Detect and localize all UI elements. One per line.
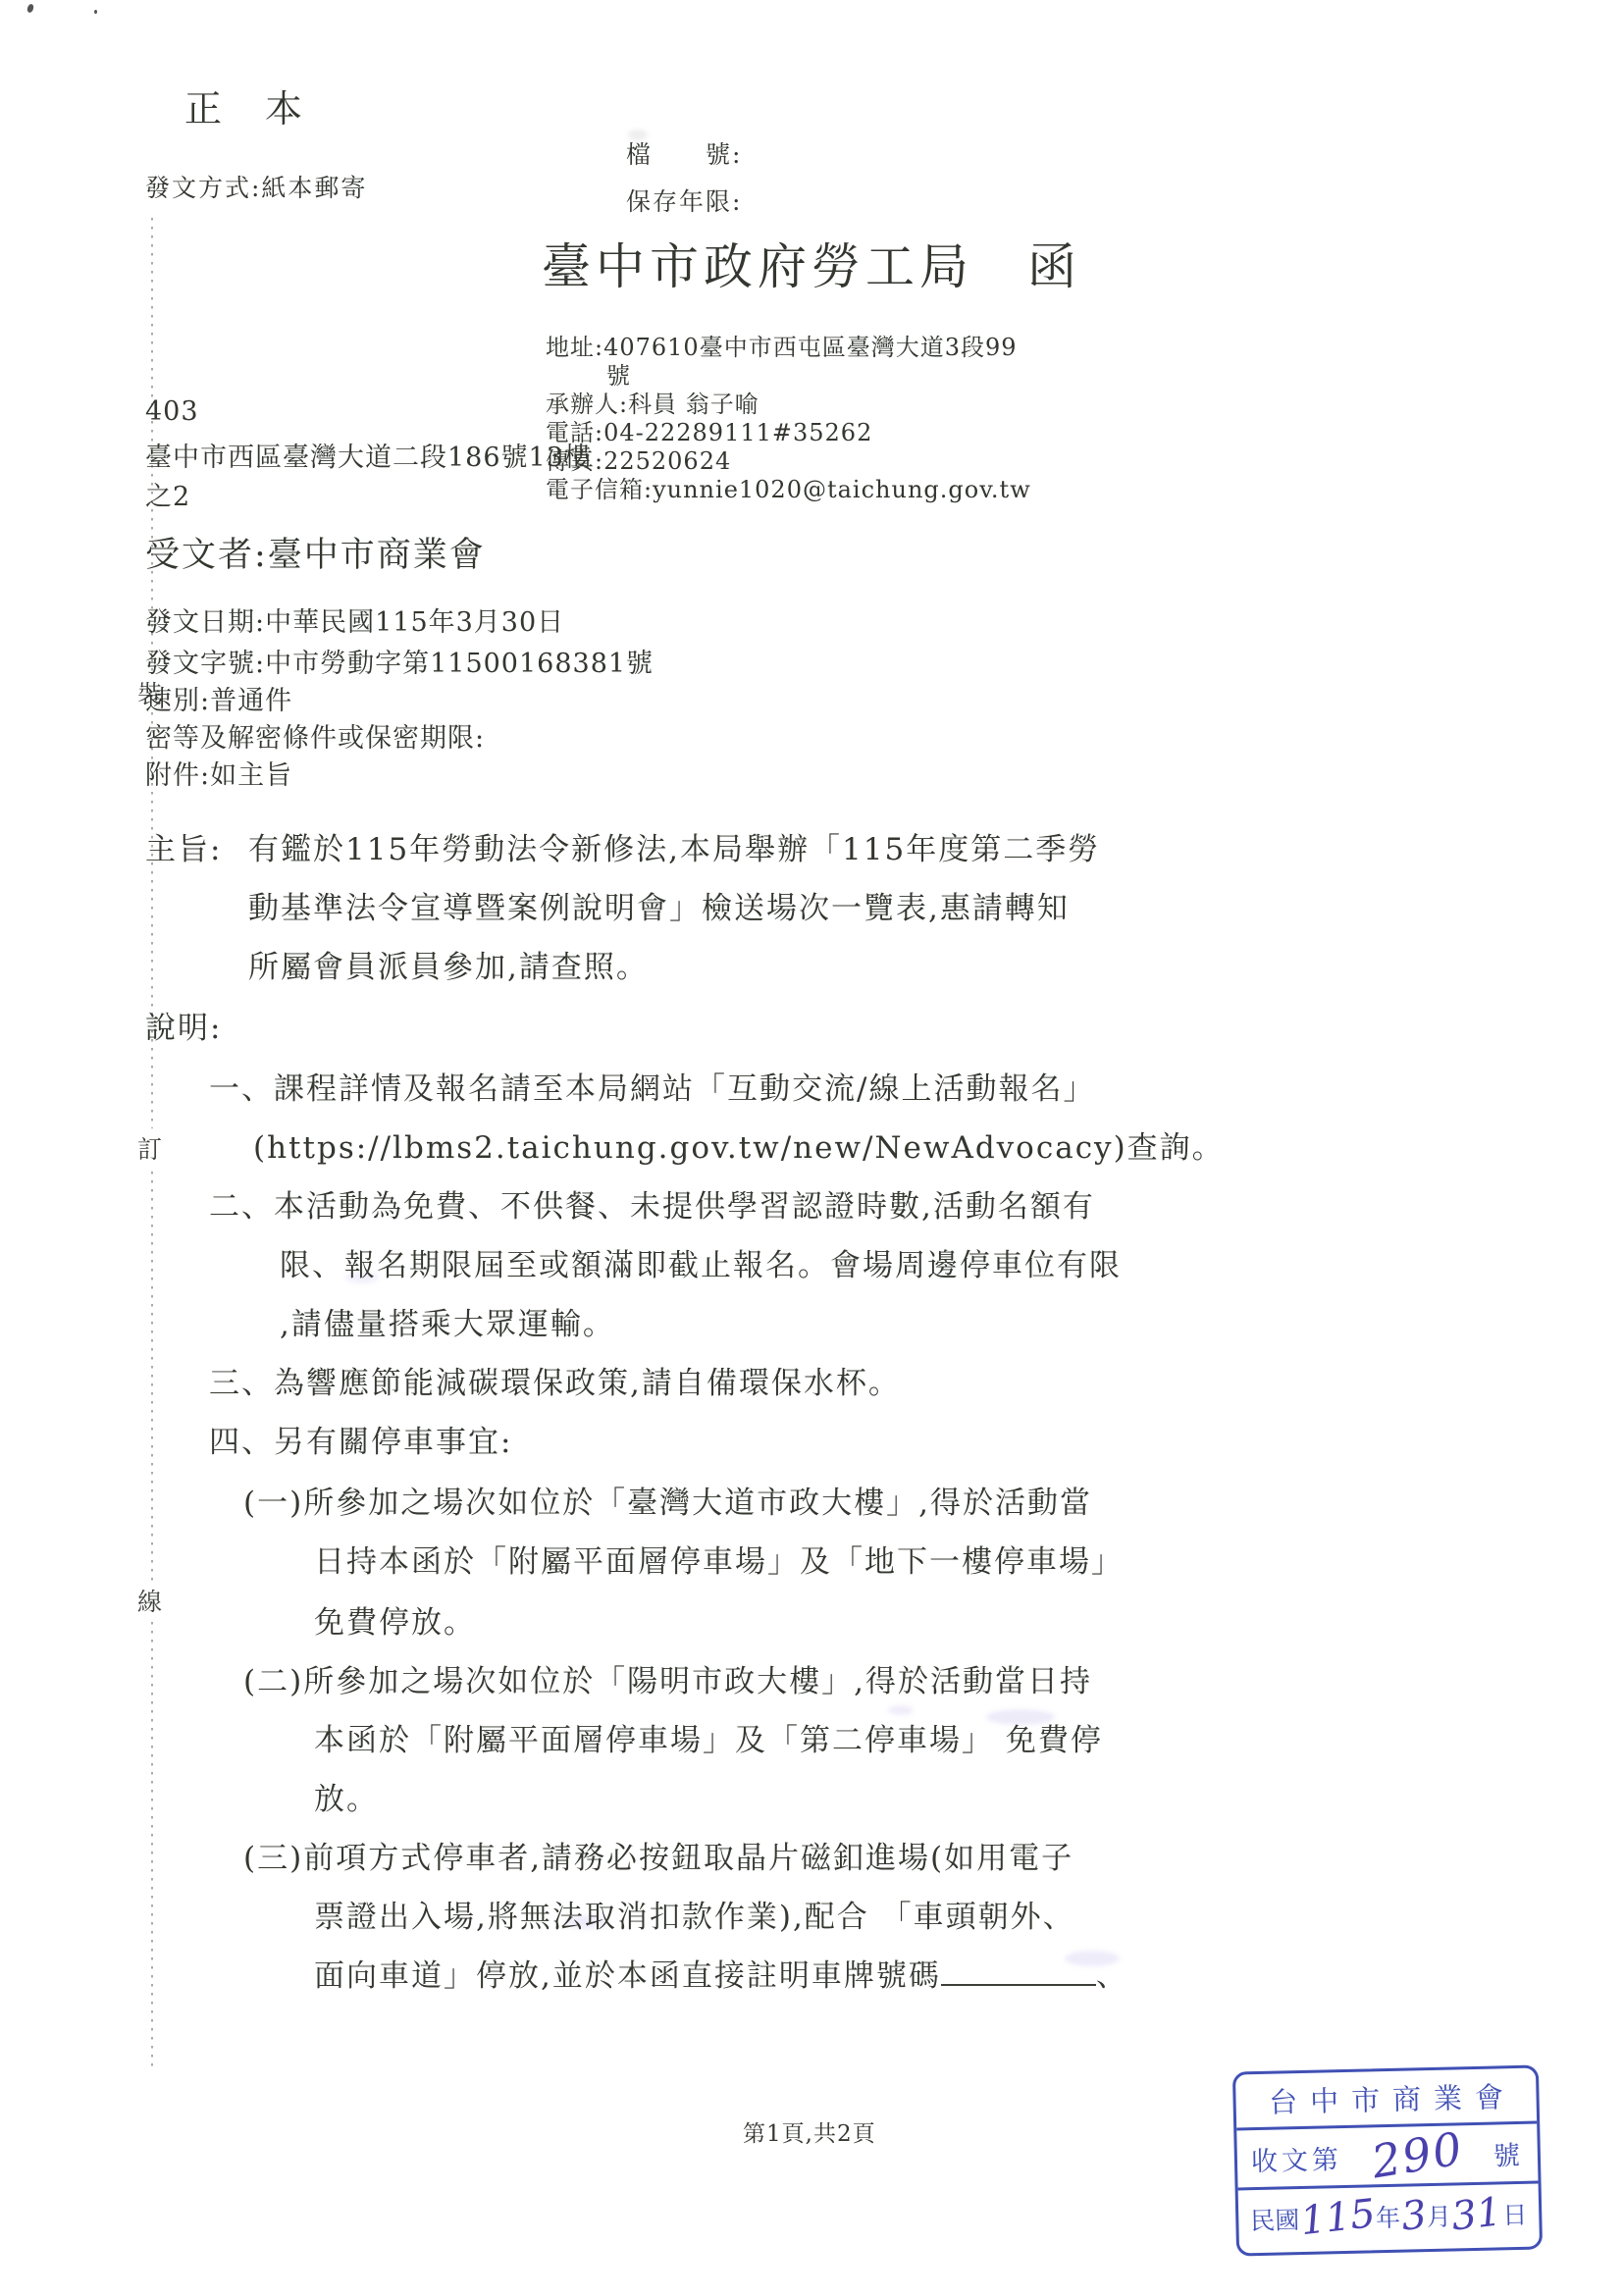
received-stamp: 台中市商業會 收文第 290 號 民國 115 年 3 月 31 日: [1232, 2064, 1543, 2256]
stamp-day-unit: 日: [1502, 2196, 1528, 2232]
explanation-line: ,請儘量搭乘大眾運輸。: [280, 1299, 615, 1343]
explanation-line: 免費停放。: [314, 1597, 476, 1642]
doc-number-field: 發文字號:中市勞動字第11500168381號: [145, 642, 654, 680]
explanation-label: 說明:: [145, 1003, 222, 1047]
explanation-line: 票證出入場,將無法取消扣款作業),配合 「車頭朝外、: [314, 1892, 1075, 1936]
issue-date-field: 發文日期:中華民國115年3月30日: [145, 600, 564, 639]
stamp-day-handwritten: 31: [1449, 2189, 1504, 2239]
stamp-org-row: 台中市商業會: [1235, 2068, 1537, 2131]
explanation-line: 本函於「附屬平面層停車場」及「第二停車場」 免費停: [314, 1715, 1103, 1759]
explanation-line: 二、本活動為免費、不供餐、未提供學習認證時數,活動名額有: [209, 1181, 1095, 1226]
explanation-line: (三)前項方式停車者,請務必按鈕取晶片磁釦進場(如用電子: [243, 1833, 1073, 1877]
binding-mark-ding: 訂: [137, 1128, 162, 1168]
recipient-address-line1: 臺中市西區臺灣大道二段186號13樓: [145, 436, 592, 474]
explanation-line: 日持本函於「附屬平面層停車場」及「地下一樓停車場」: [314, 1537, 1124, 1581]
scan-speck: [26, 3, 34, 13]
explanation-line-plate: 面向車道」停放,並於本函直接註明車牌號碼、: [314, 1951, 1128, 1995]
scanned-official-letter: 裝 訂 線 正 本 檔 號: 發文方式:紙本郵寄 保存年限: 臺中市政府勞工局 …: [0, 0, 1623, 2296]
plate-number-blank-line: [941, 1980, 1096, 1986]
stamp-year-handwritten: 115: [1298, 2191, 1378, 2244]
sender-email: 電子信箱:yunnie1020@taichung.gov.tw: [546, 476, 1031, 504]
file-number-label: 檔 號:: [626, 135, 742, 171]
scan-artifact: [888, 1705, 914, 1715]
stamp-receipt-prefix: 收文第: [1250, 2138, 1342, 2178]
scan-speck: [94, 10, 97, 14]
explanation-line: 放。: [314, 1774, 379, 1818]
subject-line: 有鑑於115年勞動法令新修法,本局舉辦「115年度第二季勞: [248, 824, 1100, 868]
recipient-address-line2: 之2: [145, 475, 190, 513]
subject-label: 主旨:: [145, 824, 222, 868]
document-title: 臺中市政府勞工局 函: [542, 228, 1081, 298]
stamp-month-unit: 月: [1427, 2198, 1452, 2234]
sender-contact-block: 地址:407610臺中市西屯區臺灣大道3段99 號 承辦人:科員 翁子喻 電話:…: [546, 334, 1031, 504]
stamp-receipt-row: 收文第 290 號: [1236, 2124, 1538, 2191]
security-field: 密等及解密條件或保密期限:: [145, 716, 485, 755]
explanation-line: 三、為響應節能減碳環保政策,請自備環保水杯。: [209, 1358, 901, 1402]
stamp-date-row: 民國 115 年 3 月 31 日: [1238, 2184, 1540, 2250]
stamp-receipt-suffix: 號: [1492, 2133, 1524, 2172]
sender-phone: 電話:04-22289111#35262: [546, 419, 1031, 447]
explanation-line: 四、另有關停車事宜:: [209, 1417, 512, 1461]
retention-label: 保存年限:: [626, 183, 742, 218]
subject-line: 動基準法令宣導暨案例說明會」檢送場次一覽表,惠請轉知: [248, 883, 1070, 927]
stamp-month-handwritten: 3: [1398, 2192, 1428, 2240]
stamp-era-label: 民國: [1250, 2201, 1300, 2237]
sender-contact-person: 承辦人:科員 翁子喻: [546, 391, 1031, 419]
delivery-method-label: 發文方式:紙本郵寄: [145, 169, 367, 204]
copy-type-label: 正 本: [184, 78, 305, 132]
recipient-zip: 403: [145, 396, 199, 427]
binding-mark-xian: 線: [137, 1581, 162, 1620]
explanation-line: 限、報名期限屆至或額滿即截止報名。會場周邊停車位有限: [280, 1240, 1122, 1284]
sender-address-line1: 地址:407610臺中市西屯區臺灣大道3段99: [546, 334, 1031, 362]
subject-line: 所屬會員派員參加,請查照。: [248, 942, 649, 986]
explanation-line: 一、課程詳情及報名請至本局網站「互動交流/線上活動報名」: [209, 1064, 1095, 1108]
stamp-year-unit: 年: [1376, 2199, 1401, 2235]
plate-number-suffix: 、: [1096, 1958, 1128, 1994]
stamp-receipt-number-handwritten: 290: [1368, 2121, 1467, 2188]
plate-number-text: 面向車道」停放,並於本函直接註明車牌號碼: [314, 1958, 941, 1994]
addressee-line: 受文者:臺中市商業會: [145, 528, 486, 577]
stamp-org-name: 台中市商業會: [1269, 2075, 1517, 2121]
speed-field: 速別:普通件: [145, 679, 292, 717]
explanation-line: (一)所參加之場次如位於「臺灣大道市政大樓」,得於活動當: [243, 1478, 1092, 1522]
sender-fax: 傳真:22520624: [546, 447, 1031, 476]
explanation-line-url: (https://lbms2.taichung.gov.tw/new/NewAd…: [253, 1122, 1225, 1167]
explanation-line: (二)所參加之場次如位於「陽明市政大樓」,得於活動當日持: [243, 1656, 1092, 1700]
sender-address-line2: 號: [546, 362, 1031, 391]
attachment-field: 附件:如主旨: [145, 754, 292, 792]
page-number-footer: 第1頁,共2頁: [743, 2115, 876, 2148]
